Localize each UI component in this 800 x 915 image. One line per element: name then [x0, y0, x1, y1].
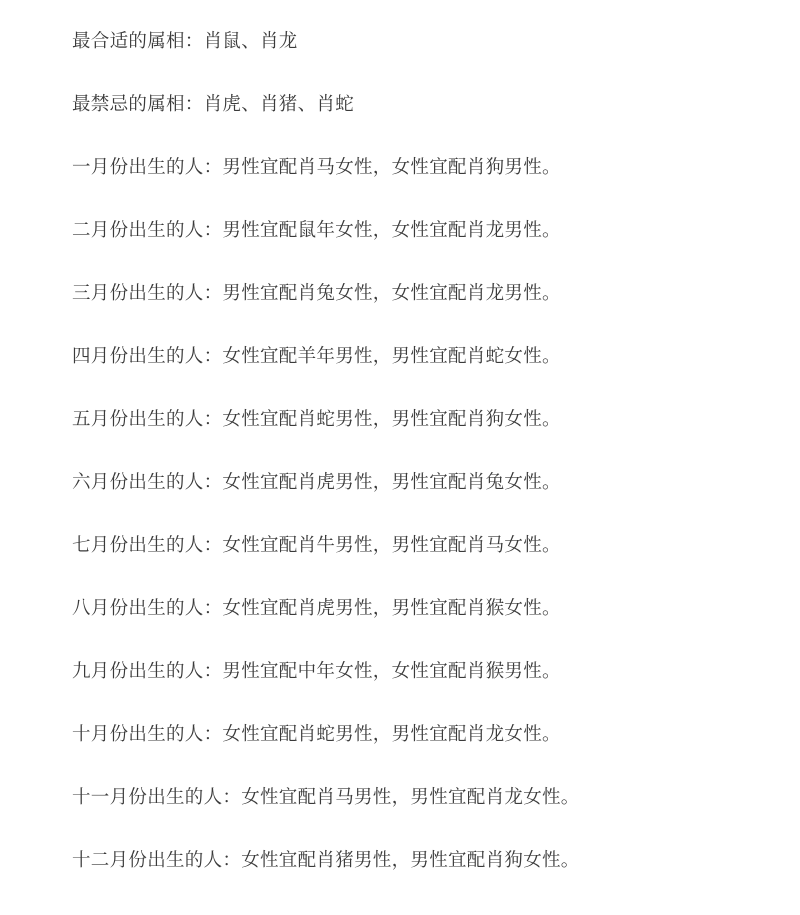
- month-paragraph-march: 三月份出生的人：男性宜配肖兔女性，女性宜配肖龙男性。: [72, 280, 772, 343]
- article-body: 最合适的属相：肖鼠、肖龙 最禁忌的属相：肖虎、肖猪、肖蛇 一月份出生的人：男性宜…: [72, 28, 772, 910]
- month-advice: 女性宜配肖虎男性，男性宜配肖猴女性。: [222, 598, 560, 619]
- month-advice: 男性宜配中年女性，女性宜配肖猴男性。: [222, 661, 560, 682]
- month-label: 八月份出生的人：: [72, 598, 222, 619]
- month-paragraph-february: 二月份出生的人：男性宜配鼠年女性，女性宜配肖龙男性。: [72, 217, 772, 280]
- month-advice: 女性宜配肖虎男性，男性宜配肖兔女性。: [222, 472, 560, 493]
- forbidden-match-label: 最禁忌的属相：: [72, 94, 204, 115]
- month-paragraph-april: 四月份出生的人：女性宜配羊年男性，男性宜配肖蛇女性。: [72, 343, 772, 406]
- month-label: 五月份出生的人：: [72, 409, 222, 430]
- month-label: 一月份出生的人：: [72, 157, 222, 178]
- month-label: 十一月份出生的人：: [72, 787, 241, 808]
- forbidden-match-value: 肖虎、肖猪、肖蛇: [204, 94, 354, 115]
- month-advice: 女性宜配肖蛇男性，男性宜配肖龙女性。: [222, 724, 560, 745]
- best-match-value: 肖鼠、肖龙: [204, 31, 298, 52]
- month-paragraph-december: 十二月份出生的人：女性宜配肖猪男性，男性宜配肖狗女性。: [72, 847, 772, 910]
- month-label: 九月份出生的人：: [72, 661, 222, 682]
- month-paragraph-june: 六月份出生的人：女性宜配肖虎男性，男性宜配肖兔女性。: [72, 469, 772, 532]
- month-paragraph-july: 七月份出生的人：女性宜配肖牛男性，男性宜配肖马女性。: [72, 532, 772, 595]
- month-paragraph-september: 九月份出生的人：男性宜配中年女性，女性宜配肖猴男性。: [72, 658, 772, 721]
- month-paragraph-may: 五月份出生的人：女性宜配肖蛇男性，男性宜配肖狗女性。: [72, 406, 772, 469]
- month-label: 六月份出生的人：: [72, 472, 222, 493]
- month-advice: 男性宜配鼠年女性，女性宜配肖龙男性。: [222, 220, 560, 241]
- month-advice: 女性宜配肖马男性，男性宜配肖龙女性。: [241, 787, 579, 808]
- month-label: 三月份出生的人：: [72, 283, 222, 304]
- month-advice: 女性宜配羊年男性，男性宜配肖蛇女性。: [222, 346, 560, 367]
- best-match-paragraph: 最合适的属相：肖鼠、肖龙: [72, 28, 772, 91]
- month-paragraph-january: 一月份出生的人：男性宜配肖马女性，女性宜配肖狗男性。: [72, 154, 772, 217]
- month-advice: 女性宜配肖猪男性，男性宜配肖狗女性。: [241, 850, 579, 871]
- forbidden-match-paragraph: 最禁忌的属相：肖虎、肖猪、肖蛇: [72, 91, 772, 154]
- month-advice: 女性宜配肖蛇男性，男性宜配肖狗女性。: [222, 409, 560, 430]
- month-label: 四月份出生的人：: [72, 346, 222, 367]
- month-paragraph-august: 八月份出生的人：女性宜配肖虎男性，男性宜配肖猴女性。: [72, 595, 772, 658]
- month-advice: 男性宜配肖兔女性，女性宜配肖龙男性。: [222, 283, 560, 304]
- month-paragraph-november: 十一月份出生的人：女性宜配肖马男性，男性宜配肖龙女性。: [72, 784, 772, 847]
- best-match-label: 最合适的属相：: [72, 31, 204, 52]
- month-paragraph-october: 十月份出生的人：女性宜配肖蛇男性，男性宜配肖龙女性。: [72, 721, 772, 784]
- month-advice: 男性宜配肖马女性，女性宜配肖狗男性。: [222, 157, 560, 178]
- month-label: 二月份出生的人：: [72, 220, 222, 241]
- month-label: 十二月份出生的人：: [72, 850, 241, 871]
- month-advice: 女性宜配肖牛男性，男性宜配肖马女性。: [222, 535, 560, 556]
- month-label: 七月份出生的人：: [72, 535, 222, 556]
- month-label: 十月份出生的人：: [72, 724, 222, 745]
